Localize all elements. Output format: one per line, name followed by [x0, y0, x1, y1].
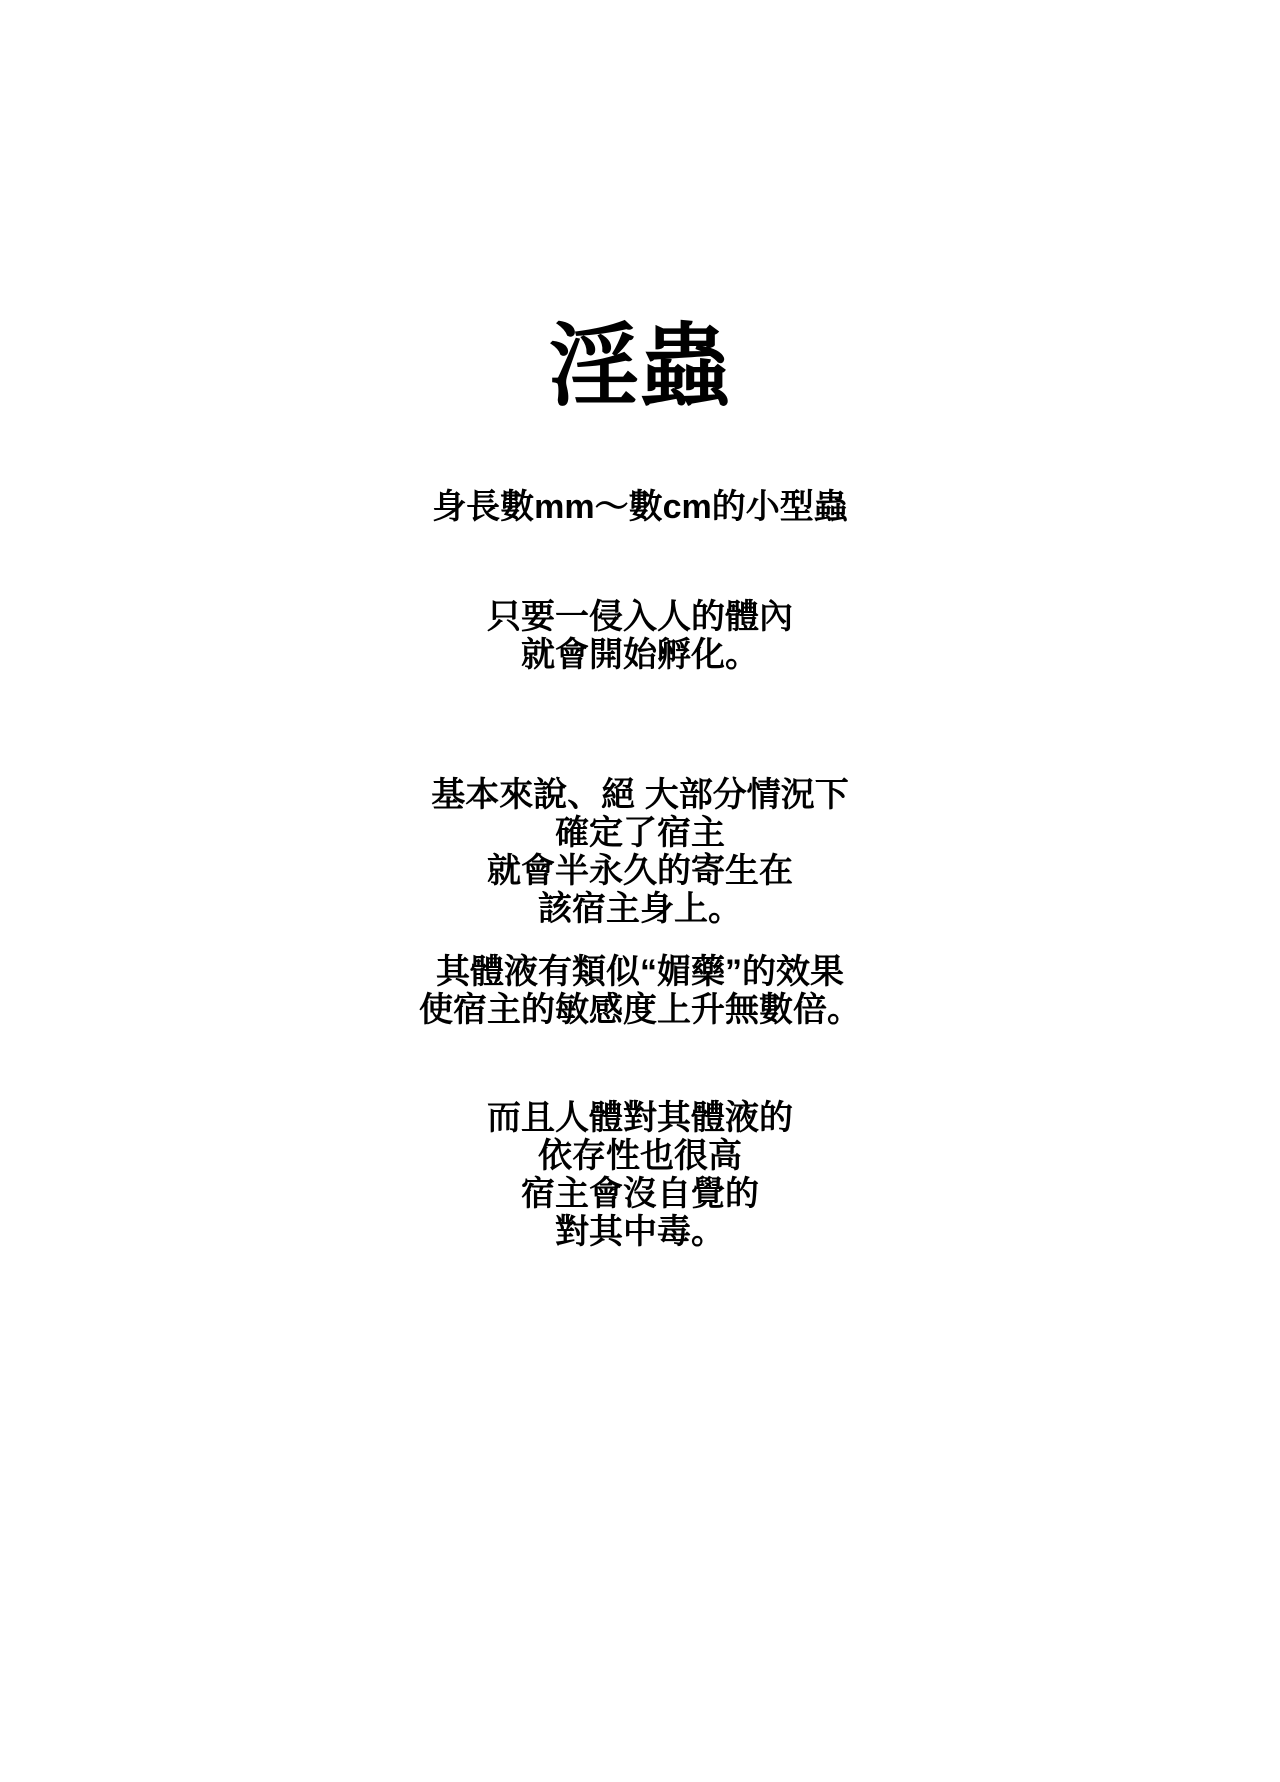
- text-line: 就會半永久的寄生在: [0, 852, 1280, 890]
- paragraph-addiction: 而且人體對其體液的 依存性也很高 宿主會沒自覺的 對其中毒。: [0, 1099, 1280, 1251]
- document-page: 淫蟲 身長數mm～數cm的小型蟲 只要一侵入人的體內 就會開始孵化。 基本來說、…: [0, 0, 1280, 1782]
- text-line: 確定了宿主: [0, 814, 1280, 852]
- text-line: 基本來說、絕 大部分情況下: [0, 776, 1280, 814]
- text-line: 只要一侵入人的體內: [0, 598, 1280, 636]
- paragraph-aphrodisiac-effect: 其體液有類似“媚藥”的效果 使宿主的敏感度上升無數倍。: [0, 953, 1280, 1029]
- text-line: 該宿主身上。: [0, 890, 1280, 928]
- text-line: 對其中毒。: [0, 1213, 1280, 1251]
- paragraph-body-size: 身長數mm～數cm的小型蟲: [0, 488, 1280, 526]
- text-line: 使宿主的敏感度上升無數倍。: [0, 991, 1280, 1029]
- text-line: 而且人體對其體液的: [0, 1099, 1280, 1137]
- paragraph-hatching: 只要一侵入人的體內 就會開始孵化。: [0, 598, 1280, 674]
- paragraph-parasitism: 基本來說、絕 大部分情況下 確定了宿主 就會半永久的寄生在 該宿主身上。: [0, 776, 1280, 928]
- page-title: 淫蟲: [0, 322, 1280, 412]
- text-line: 依存性也很高: [0, 1137, 1280, 1175]
- text-line: 就會開始孵化。: [0, 636, 1280, 674]
- text-line: 身長數mm～數cm的小型蟲: [0, 488, 1280, 526]
- text-line: 宿主會沒自覺的: [0, 1175, 1280, 1213]
- text-line: 其體液有類似“媚藥”的效果: [0, 953, 1280, 991]
